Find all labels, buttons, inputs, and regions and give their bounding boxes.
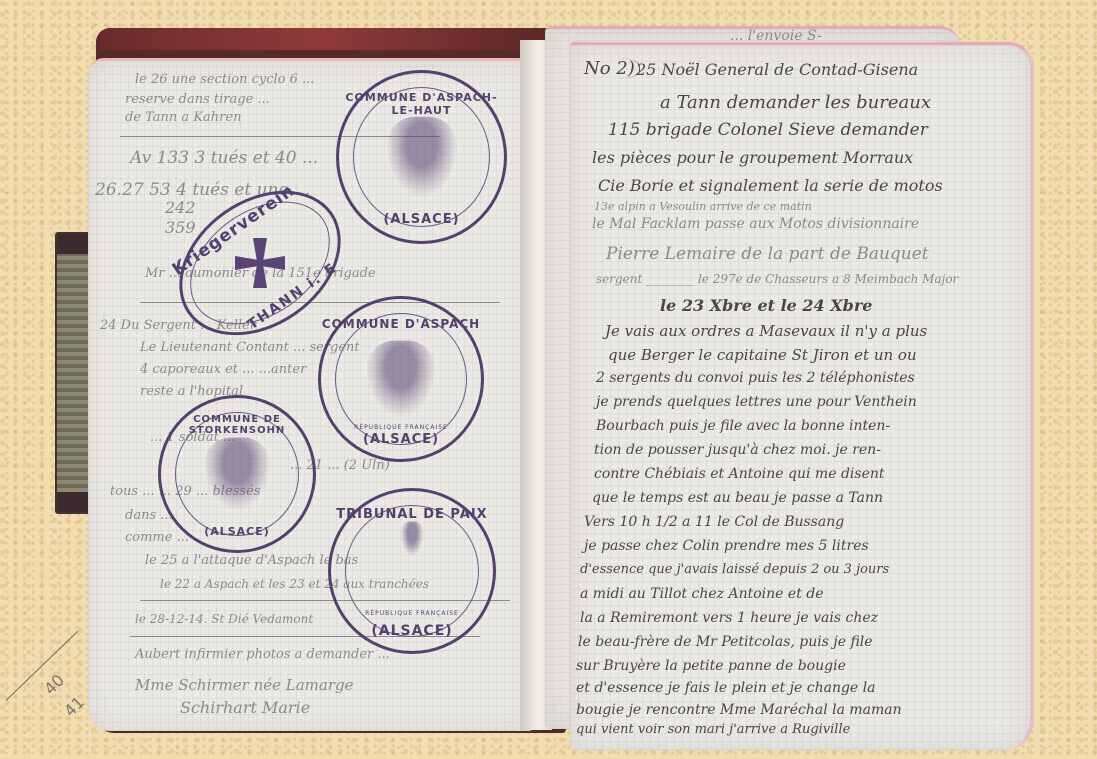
stamp-small-text: RÉPUBLIQUE FRANÇAISE [321,424,481,431]
handwriting-line: le 28-12-14. St Dié Vedamont [135,612,313,626]
handwriting-line: 4 caporeaux et ... ...anter [140,362,306,377]
handwriting-line: je prends quelques lettres une pour Vent… [596,394,917,410]
handwriting-line: Mme Schirmer née Lamarge [135,676,505,694]
handwriting-line: reserve dans tirage ... [125,92,270,107]
marianne-figure-icon [366,341,436,418]
handwriting-line: 115 brigade Colonel Sieve demander [608,120,928,140]
stamp-top-text: COMMUNE D'ASPACH [321,317,481,331]
stamp-top-text: COMMUNE D'ASPACH-LE-HAUT [339,91,504,117]
handwriting-line: que Berger le capitaine St Jiron et un o… [608,346,917,364]
handwriting-line: 25 Noël General de Contad-Gisena [636,60,918,79]
handwriting-line: 13e alpin a Vesoulin arrive de ce matin [594,200,812,213]
marianne-figure-icon [385,117,458,198]
stamp-top-text: TRIBUNAL DE PAIX [331,507,493,522]
handwriting-line: de Tann a Kahren [125,110,241,125]
stamp-bottom-text: (ALSACE) [331,623,493,639]
handwriting-line: Pierre Lemaire de la part de Bauquet [606,244,929,264]
handwriting-line: la a Remiremont vers 1 heure je vais che… [580,610,878,626]
stamp-bottom-text: (ALSACE) [339,212,504,227]
handwriting-line: contre Chébiais et Antoine qui me disent [594,466,885,482]
stamp-small-text: RÉPUBLIQUE FRANÇAISE [331,610,493,617]
stamp-tribunal-de-paix: TRIBUNAL DE PAIX RÉPUBLIQUE FRANÇAISE (A… [328,488,496,654]
handwriting-line: sur Bruyère la petite panne de bougie [576,658,846,674]
handwriting-line: Aubert infirmier photos a demander ... [135,647,390,662]
handwriting-line: sergent ________ le 297e de Chasseurs a … [596,272,958,286]
marianne-figure-icon [204,438,271,511]
handwriting-line: Schirhart Marie [180,698,310,717]
cover-edge-red [100,28,540,50]
handwriting-line: Vers 10 h 1/2 a 11 le Col de Bussang [584,514,844,530]
stamp-storkensohn: COMMUNE DE STORKENSOHN (ALSACE) [158,395,316,553]
photo-scene: le 26 une section cyclo 6 ... reserve da… [0,0,1097,759]
handwriting-line: Av 133 3 tués et 40 ... [130,148,318,168]
handwriting-line: le beau-frère de Mr Petitcolas, puis je … [578,634,873,650]
date-heading: le 23 Xbre et le 24 Xbre [660,296,872,315]
handwriting-line: Cie Borie et signalement la serie de mot… [598,176,943,195]
handwriting-line: tion de pousser jusqu'à chez moi. je ren… [594,442,881,458]
handwriting-line: Je vais aux ordres a Masevaux il n'y a p… [605,322,927,340]
iron-cross-icon [235,238,285,288]
handwriting-line: a Tann demander les bureaux [660,92,931,113]
hand-of-justice-icon [401,521,424,556]
page-number-left: 40 [40,671,68,699]
handwriting-line: bougie je rencontre Mme Maréchal la mama… [576,702,902,718]
stamp-top-text: COMMUNE DE STORKENSOHN [161,414,313,436]
handwriting-line: qui vient voir son mari j'arrive a Rugiv… [576,722,850,737]
handwriting-line: le 26 une section cyclo 6 ... [135,72,314,87]
handwriting-line: le Mal Facklam passe aux Motos divisionn… [592,216,919,232]
page-number-divider [6,631,79,701]
handwriting-line: Bourbach puis je file avec la bonne inte… [596,418,890,434]
handwriting-line: 2 sergents du convoi puis les 2 téléphon… [596,370,915,386]
handwriting-line: dans ... [125,508,173,523]
stamp-aspach-le-haut: COMMUNE D'ASPACH-LE-HAUT (ALSACE) [336,70,507,244]
handwriting-line: que le temps est au beau je passe a Tann [592,490,883,506]
stamp-bottom-text: (ALSACE) [321,432,481,447]
page-number-right: 41 [60,693,88,721]
handwriting-line: le 25 a l'attaque d'Aspach le bas [145,553,358,568]
stamp-aspach: COMMUNE D'ASPACH RÉPUBLIQUE FRANÇAISE (A… [318,296,484,462]
stamp-bottom-text: (ALSACE) [161,525,313,538]
handwriting-line: d'essence que j'avais laissé depuis 2 ou… [580,562,889,577]
handwriting-line: 359 [165,218,196,237]
handwriting-line: 242 [165,198,196,217]
handwriting-line: les pièces pour le groupement Morraux [592,148,913,167]
margin-note: No 2) [584,58,640,79]
handwriting-line: je passe chez Colin prendre mes 5 litres [584,538,869,554]
handwriting-line: et d'essence je fais le plein et je chan… [576,680,875,696]
handwriting-line: a midi au Tillot chez Antoine et de [580,586,824,602]
